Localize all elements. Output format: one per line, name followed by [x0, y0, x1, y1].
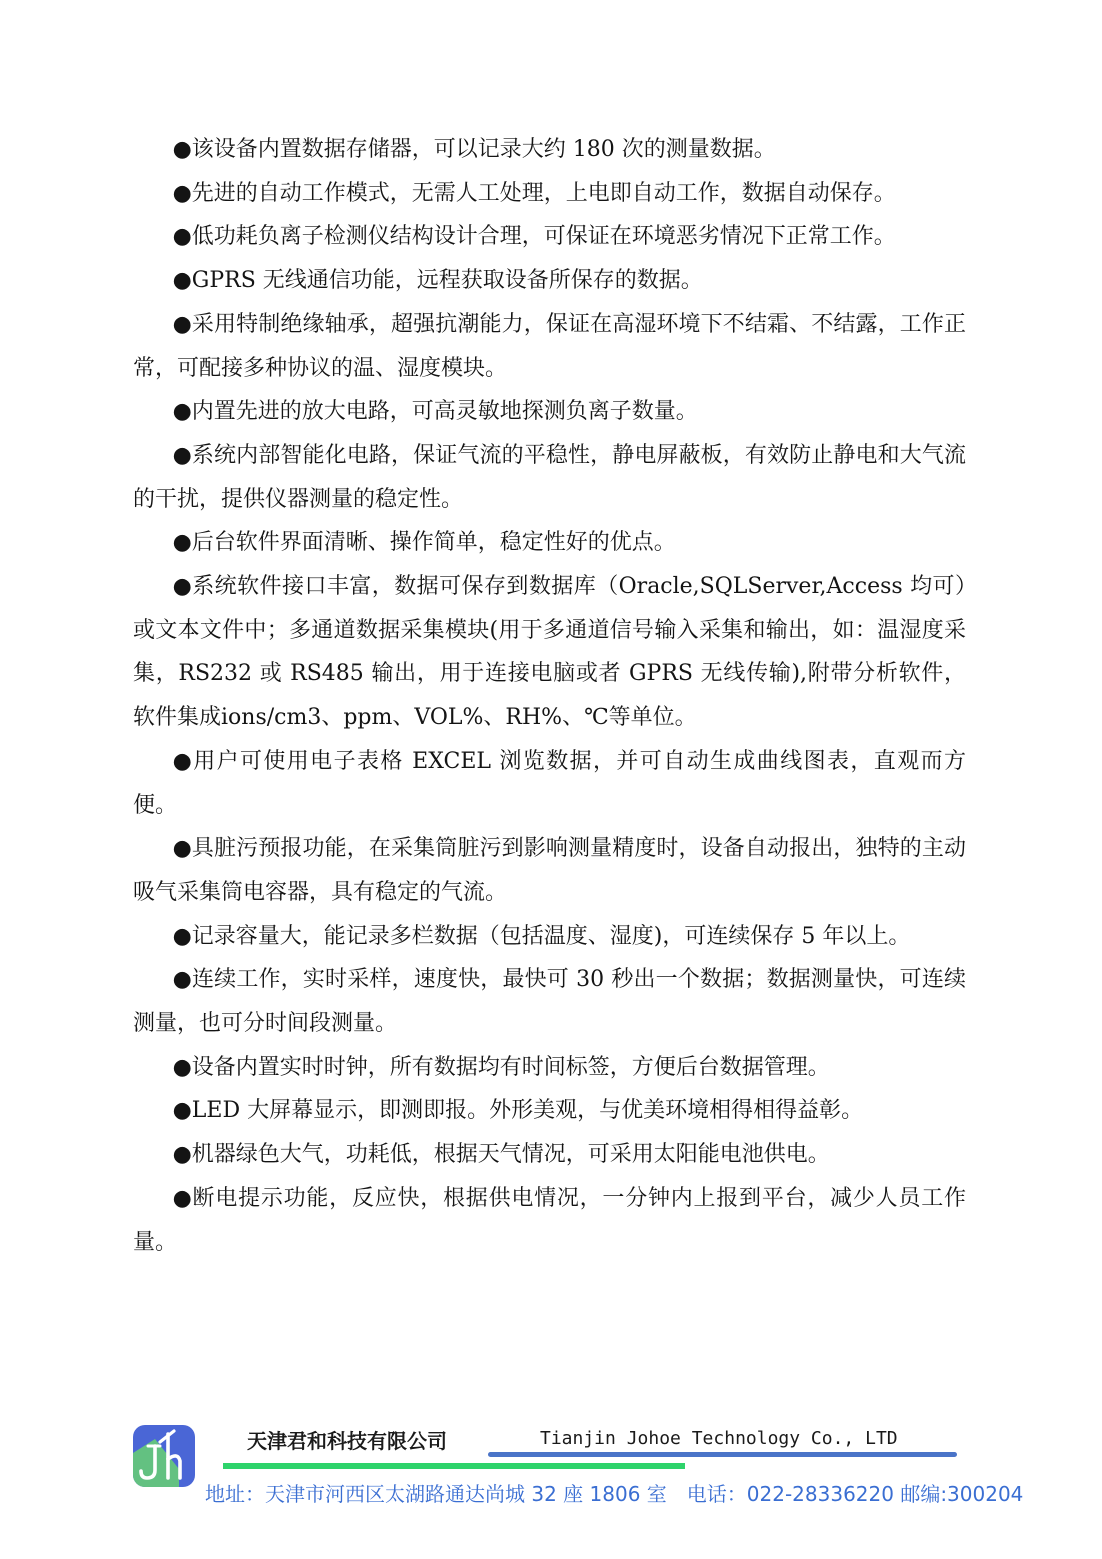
- feature-bullet: ●机器绿色大气，功耗低，根据天气情况，可采用太阳能电池供电。: [133, 1133, 966, 1177]
- feature-bullet: ●内置先进的放大电路，可高灵敏地探测负离子数量。: [133, 390, 966, 434]
- feature-bullet: ●用户可使用电子表格 EXCEL 浏览数据，并可自动生成曲线图表，直观而方便。: [133, 740, 966, 827]
- feature-list: ●该设备内置数据存储器，可以记录大约 180 次的测量数据。 ●先进的自动工作模…: [133, 128, 966, 1264]
- footer-divider-green-line: [223, 1463, 685, 1469]
- feature-bullet: ●GPRS 无线通信功能，远程获取设备所保存的数据。: [133, 259, 966, 303]
- company-address: 地址：天津市河西区太湖路通达尚城 32 座 1806 室 电话：022-2833…: [205, 1478, 1023, 1507]
- company-logo-icon: [133, 1425, 195, 1487]
- company-name-en: Tianjin Johoe Technology Co., LTD: [540, 1428, 898, 1449]
- feature-bullet: ●设备内置实时时钟，所有数据均有时间标签，方便后台数据管理。: [133, 1046, 966, 1090]
- feature-bullet: ●该设备内置数据存储器，可以记录大约 180 次的测量数据。: [133, 128, 966, 172]
- feature-bullet: ●LED 大屏幕显示，即测即报。外形美观，与优美环境相得相得益彰。: [133, 1089, 966, 1133]
- feature-bullet: ●低功耗负离子检测仪结构设计合理，可保证在环境恶劣情况下正常工作。: [133, 215, 966, 259]
- footer-divider-blue-line: [488, 1452, 957, 1457]
- feature-bullet: ●连续工作，实时采样，速度快，最快可 30 秒出一个数据；数据测量快，可连续测量…: [133, 958, 966, 1045]
- feature-bullet: ●具脏污预报功能，在采集筒脏污到影响测量精度时，设备自动报出，独特的主动吸气采集…: [133, 827, 966, 914]
- feature-bullet: ●系统内部智能化电路，保证气流的平稳性，静电屏蔽板，有效防止静电和大气流的干扰，…: [133, 434, 966, 521]
- feature-bullet: ●断电提示功能，反应快，根据供电情况，一分钟内上报到平台，减少人员工作量。: [133, 1177, 966, 1264]
- company-name-cn: 天津君和科技有限公司: [247, 1425, 447, 1454]
- feature-bullet: ●后台软件界面清晰、操作简单，稳定性好的优点。: [133, 521, 966, 565]
- feature-bullet: ●记录容量大，能记录多栏数据（包括温度、湿度)，可连续保存 5 年以上。: [133, 915, 966, 959]
- feature-bullet: ●系统软件接口丰富，数据可保存到数据库（Oracle,SQLServer,Acc…: [133, 565, 966, 740]
- feature-bullet: ●采用特制绝缘轴承，超强抗潮能力，保证在高湿环境下不结霜、不结露，工作正常，可配…: [133, 303, 966, 390]
- feature-bullet: ●先进的自动工作模式，无需人工处理，上电即自动工作，数据自动保存。: [133, 172, 966, 216]
- document-page: ●该设备内置数据存储器，可以记录大约 180 次的测量数据。 ●先进的自动工作模…: [0, 0, 1102, 1559]
